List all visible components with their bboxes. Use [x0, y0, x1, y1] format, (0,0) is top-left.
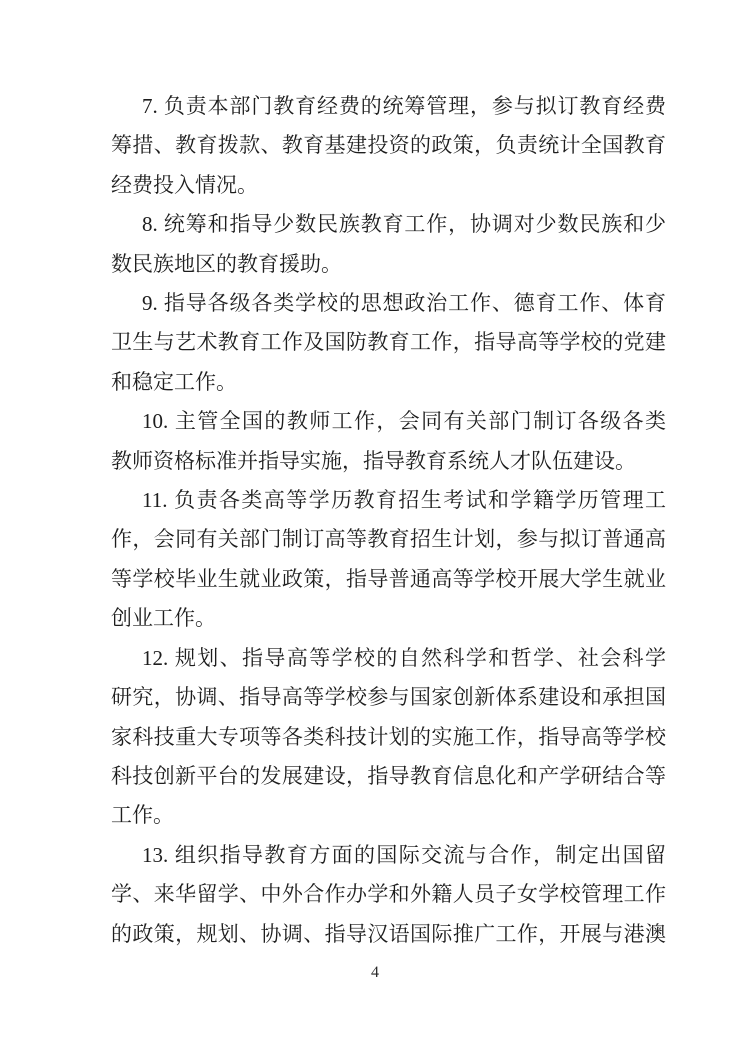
- text-line: 数民族地区的教育援助。: [111, 245, 666, 284]
- text-line: 8. 统筹和指导少数民族教育工作，协调对少数民族和少: [111, 205, 666, 244]
- paragraph-10: 10. 主管全国的教师工作，会同有关部门制订各级各类教师资格标准并指导实施，指导…: [111, 402, 666, 481]
- paragraph-13: 13. 组织指导教育方面的国际交流与合作，制定出国留学、来华留学、中外合作办学和…: [111, 836, 666, 954]
- text-line: 学、来华留学、中外合作办学和外籍人员子女学校管理工作: [111, 875, 666, 914]
- text-line: 教师资格标准并指导实施，指导教育系统人才队伍建设。: [111, 442, 666, 481]
- paragraph-8: 8. 统筹和指导少数民族教育工作，协调对少数民族和少数民族地区的教育援助。: [111, 205, 666, 284]
- text-line: 研究，协调、指导高等学校参与国家创新体系建设和承担国: [111, 678, 666, 717]
- text-line: 的政策，规划、协调、指导汉语国际推广工作，开展与港澳: [111, 915, 666, 954]
- text-line: 9. 指导各级各类学校的思想政治工作、德育工作、体育: [111, 284, 666, 323]
- text-line: 和稳定工作。: [111, 363, 666, 402]
- text-line: 科技创新平台的发展建设，指导教育信息化和产学研结合等: [111, 757, 666, 796]
- text-line: 家科技重大专项等各类科技计划的实施工作，指导高等学校: [111, 718, 666, 757]
- text-line: 工作。: [111, 796, 666, 835]
- text-line: 等学校毕业生就业政策，指导普通高等学校开展大学生就业: [111, 560, 666, 599]
- text-line: 13. 组织指导教育方面的国际交流与合作，制定出国留: [111, 836, 666, 875]
- text-line: 作，会同有关部门制订高等教育招生计划，参与拟订普通高: [111, 520, 666, 559]
- document-page: 7. 负责本部门教育经费的统筹管理，参与拟订教育经费筹措、教育拨款、教育基建投资…: [0, 0, 750, 1060]
- text-line: 筹措、教育拨款、教育基建投资的政策，负责统计全国教育: [111, 126, 666, 165]
- text-line: 7. 负责本部门教育经费的统筹管理，参与拟订教育经费: [111, 87, 666, 126]
- text-line: 创业工作。: [111, 599, 666, 638]
- paragraph-7: 7. 负责本部门教育经费的统筹管理，参与拟订教育经费筹措、教育拨款、教育基建投资…: [111, 87, 666, 205]
- text-line: 经费投入情况。: [111, 166, 666, 205]
- text-line: 12. 规划、指导高等学校的自然科学和哲学、社会科学: [111, 639, 666, 678]
- text-line: 10. 主管全国的教师工作，会同有关部门制订各级各类: [111, 402, 666, 441]
- page-number: 4: [0, 963, 750, 983]
- text-line: 11. 负责各类高等学历教育招生考试和学籍学历管理工: [111, 481, 666, 520]
- paragraph-9: 9. 指导各级各类学校的思想政治工作、德育工作、体育卫生与艺术教育工作及国防教育…: [111, 284, 666, 402]
- paragraph-12: 12. 规划、指导高等学校的自然科学和哲学、社会科学研究，协调、指导高等学校参与…: [111, 639, 666, 836]
- paragraph-11: 11. 负责各类高等学历教育招生考试和学籍学历管理工作，会同有关部门制订高等教育…: [111, 481, 666, 639]
- text-line: 卫生与艺术教育工作及国防教育工作，指导高等学校的党建: [111, 323, 666, 362]
- document-body: 7. 负责本部门教育经费的统筹管理，参与拟订教育经费筹措、教育拨款、教育基建投资…: [111, 87, 666, 954]
